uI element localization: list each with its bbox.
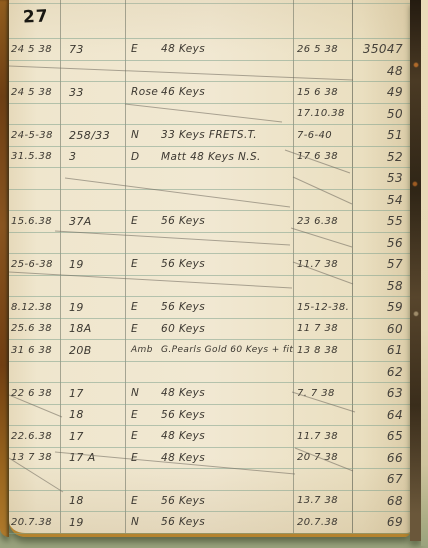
serial-number: 61	[352, 343, 410, 357]
serial-number: 57	[352, 257, 410, 271]
page-stack-edge-light	[421, 0, 428, 546]
ledger-row: 24 5 3833Rose46 Keys15 6 3849	[9, 82, 410, 104]
model-letter: N	[131, 387, 161, 399]
description-cell: N48 Keys	[125, 387, 293, 399]
description-text: G.Pearls Gold 60 Keys + fit	[161, 345, 293, 355]
completion-date: 17.10.38	[293, 108, 352, 119]
model-number: 3	[60, 150, 125, 163]
entry-date: 13 7 38	[9, 452, 60, 463]
entry-date: 20.7.38	[9, 517, 60, 528]
completion-date: 11.7 38	[293, 259, 352, 270]
model-letter: E	[131, 323, 161, 335]
description-cell: DMatt 48 Keys N.S.	[125, 151, 293, 163]
ledger-row: 24-5-38258/33N33 Keys FRETS.T.7-6-4051	[9, 125, 410, 147]
serial-number: 50	[352, 107, 410, 121]
model-number: 18A	[60, 322, 125, 335]
description-cell: E56 Keys	[125, 409, 293, 421]
entry-date: 24 5 38	[9, 44, 60, 55]
ledger-row: 17.10.3850	[9, 104, 410, 126]
ledger-row: 48	[9, 61, 410, 83]
ledger-row: 54	[9, 190, 410, 212]
ledger-row: 13 7 3817 AE48 Keys20 7 3866	[9, 448, 410, 470]
ledger-row: 24 5 3873E48 Keys26 5 3835047	[9, 39, 410, 61]
description-text: 56 Keys	[161, 258, 205, 270]
model-letter: D	[131, 151, 161, 163]
ledger-row: 25.6 3818AE60 Keys11 7 3860	[9, 319, 410, 341]
completion-date: 15 6 38	[293, 87, 352, 98]
completion-date: 11 7 38	[293, 323, 352, 334]
model-number: 20B	[60, 344, 125, 357]
completion-date: 7. 7 38	[293, 388, 352, 399]
model-number: 33	[60, 86, 125, 99]
description-text: Matt 48 Keys N.S.	[161, 151, 261, 163]
model-letter: E	[131, 495, 161, 507]
serial-number: 56	[352, 236, 410, 250]
description-cell: Rose46 Keys	[125, 86, 293, 98]
serial-number: 48	[352, 64, 410, 78]
model-number: 258/33	[60, 129, 125, 142]
model-letter: E	[131, 430, 161, 442]
serial-number: 59	[352, 300, 410, 314]
model-number: 18	[60, 494, 125, 507]
ledger-row: 31.5.383DMatt 48 Keys N.S.17 6 3852	[9, 147, 410, 169]
description-cell: AmbG.Pearls Gold 60 Keys + fit	[125, 345, 293, 355]
page-header-band: 27	[9, 0, 410, 38]
serial-number: 60	[352, 322, 410, 336]
description-cell: E56 Keys	[125, 258, 293, 270]
ledger-row: 15.6.3837AE56 Keys23 6.3855	[9, 211, 410, 233]
description-text: 33 Keys FRETS.T.	[161, 129, 257, 141]
ledger-row: 58	[9, 276, 410, 298]
ledger-photo: 27 24 5 3873E48 Keys26 5 38350474824 5 3…	[0, 0, 428, 548]
serial-number: 63	[352, 386, 410, 400]
serial-number: 69	[352, 515, 410, 529]
description-text: 56 Keys	[161, 495, 205, 507]
description-text: 46 Keys	[161, 86, 205, 98]
model-letter: E	[131, 215, 161, 227]
serial-number: 66	[352, 451, 410, 465]
ledger-row: 22 6 3817N48 Keys7. 7 3863	[9, 383, 410, 405]
entry-date: 24-5-38	[9, 130, 60, 141]
model-letter: E	[131, 301, 161, 313]
description-cell: E60 Keys	[125, 323, 293, 335]
entry-date: 8.12.38	[9, 302, 60, 313]
entry-date: 22 6 38	[9, 388, 60, 399]
model-number: 18	[60, 408, 125, 421]
completion-date: 20.7.38	[293, 517, 352, 528]
ledger-row: 20.7.3819N56 Keys20.7.3869	[9, 512, 410, 534]
model-letter: E	[131, 258, 161, 270]
model-number: 73	[60, 43, 125, 56]
completion-date: 26 5 38	[293, 44, 352, 55]
page-number: 27	[22, 6, 49, 27]
model-number: 19	[60, 301, 125, 314]
serial-number: 58	[352, 279, 410, 293]
serial-number: 49	[352, 85, 410, 99]
serial-number: 51	[352, 128, 410, 142]
model-number: 17	[60, 430, 125, 443]
serial-number: 55	[352, 214, 410, 228]
ledger-row: 53	[9, 168, 410, 190]
description-cell: E56 Keys	[125, 301, 293, 313]
description-text: 56 Keys	[161, 409, 205, 421]
description-text: 60 Keys	[161, 323, 205, 335]
model-letter: Rose	[131, 86, 161, 98]
description-cell: E56 Keys	[125, 495, 293, 507]
serial-number: 68	[352, 494, 410, 508]
model-letter: E	[131, 43, 161, 55]
ledger-rows: 24 5 3873E48 Keys26 5 38350474824 5 3833…	[9, 38, 410, 534]
description-cell: N56 Keys	[125, 516, 293, 528]
description-cell: E48 Keys	[125, 430, 293, 442]
description-text: 56 Keys	[161, 215, 205, 227]
entry-date: 31.5.38	[9, 151, 60, 162]
ledger-row: 62	[9, 362, 410, 384]
model-letter: N	[131, 516, 161, 528]
model-number: 19	[60, 516, 125, 529]
description-text: 56 Keys	[161, 516, 205, 528]
completion-date: 15-12-38.	[293, 302, 352, 313]
entry-date: 25.6 38	[9, 323, 60, 334]
serial-number: 62	[352, 365, 410, 379]
serial-number: 53	[352, 171, 410, 185]
page-stack-edge-dark	[410, 0, 421, 541]
ledger-row: 25-6-3819E56 Keys11.7 3857	[9, 254, 410, 276]
ledger-row: 22.6.3817E48 Keys11.7 3865	[9, 426, 410, 448]
model-number: 17 A	[60, 451, 125, 464]
ledger-row: 18E56 Keys13.7 3868	[9, 491, 410, 513]
serial-number: 54	[352, 193, 410, 207]
description-cell: E48 Keys	[125, 43, 293, 55]
description-text: 48 Keys	[161, 43, 205, 55]
description-cell: E48 Keys	[125, 452, 293, 464]
ledger-page: 27 24 5 3873E48 Keys26 5 38350474824 5 3…	[9, 0, 410, 537]
description-cell: E56 Keys	[125, 215, 293, 227]
serial-number: 65	[352, 429, 410, 443]
completion-date: 17 6 38	[293, 151, 352, 162]
completion-date: 11.7 38	[293, 431, 352, 442]
serial-number: 64	[352, 408, 410, 422]
description-text: 56 Keys	[161, 301, 205, 313]
model-number: 37A	[60, 215, 125, 228]
entry-date: 15.6.38	[9, 216, 60, 227]
entry-date: 31 6 38	[9, 345, 60, 356]
completion-date: 13 8 38	[293, 345, 352, 356]
completion-date: 7-6-40	[293, 130, 352, 141]
description-text: 48 Keys	[161, 387, 205, 399]
serial-number: 52	[352, 150, 410, 164]
entry-date: 24 5 38	[9, 87, 60, 98]
ledger-row: 8.12.3819E56 Keys15-12-38.59	[9, 297, 410, 319]
entry-date: 25-6-38	[9, 259, 60, 270]
model-letter: N	[131, 129, 161, 141]
serial-number: 67	[352, 472, 410, 486]
model-letter: Amb	[131, 345, 161, 355]
entry-date: 22.6.38	[9, 431, 60, 442]
description-text: 48 Keys	[161, 452, 205, 464]
completion-date: 23 6.38	[293, 216, 352, 227]
ledger-row: 18E56 Keys64	[9, 405, 410, 427]
description-text: 48 Keys	[161, 430, 205, 442]
model-letter: E	[131, 409, 161, 421]
model-letter: E	[131, 452, 161, 464]
ledger-row: 56	[9, 233, 410, 255]
completion-date: 20 7 38	[293, 452, 352, 463]
model-number: 19	[60, 258, 125, 271]
description-cell: N33 Keys FRETS.T.	[125, 129, 293, 141]
ledger-row: 31 6 3820BAmbG.Pearls Gold 60 Keys + fit…	[9, 340, 410, 362]
model-number: 17	[60, 387, 125, 400]
serial-number: 35047	[352, 42, 410, 56]
book-binding-edge	[0, 0, 9, 537]
ledger-row: 67	[9, 469, 410, 491]
completion-date: 13.7 38	[293, 495, 352, 506]
